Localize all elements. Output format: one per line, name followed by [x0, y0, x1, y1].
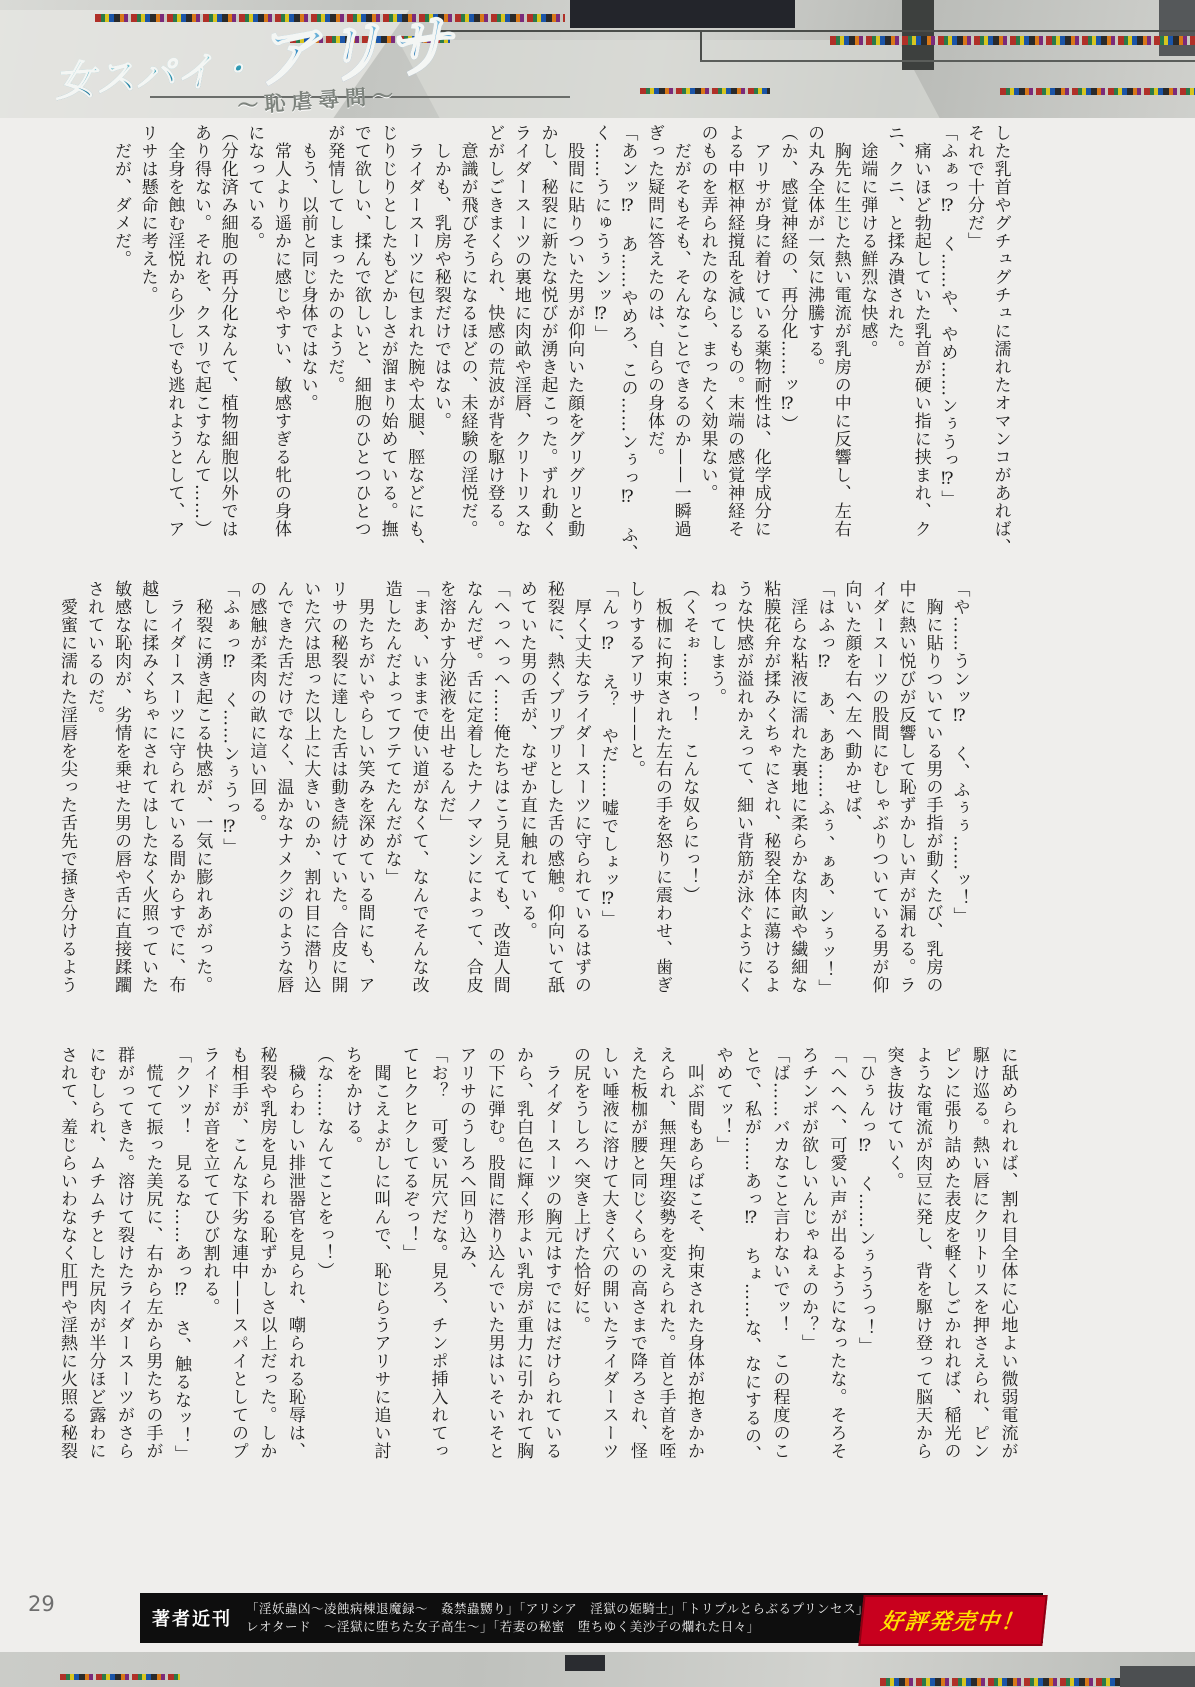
text-column: 「あンッ⁉ あ……やめろ、この……ンぅっ⁉ ふ、	[618, 124, 635, 576]
text-column: 敏感な恥肉が、劣情を乗せた男の唇や舌に直接蹂躙	[112, 580, 129, 1038]
text-column: 越しに揉みくちゃにされてはしたなく火照っていた	[139, 580, 156, 1038]
text-column: とで、私が……あっ⁉ ちょ……な、なにするの、	[742, 1046, 759, 1510]
text-column: あり得ない。それを、クスリで起こすなんて……）	[192, 124, 209, 576]
text-column: だがそもそも、そんなことできるのか——一瞬過	[672, 124, 689, 576]
text-block-top: した乳首やグチュグチュに濡れたオマンコがあれば、それで十分だ」「ふぁっ⁉ く………	[112, 124, 1009, 576]
text-column: 粘膜花弁が揉みくちゃにされ、秘裂全体に蕩けるよ	[761, 580, 778, 1038]
text-column: ライダースーツの胸元はすでにはだけられている	[543, 1046, 560, 1510]
text-column: 痛いほど勃起していた乳首が硬い指に挟まれ、ク	[912, 124, 929, 576]
text-column: 聞こえよがしに叫んで、恥じらうアリサに追い討	[372, 1046, 389, 1510]
text-block-bottom: に舐められれば、割れ目全体に心地よい微弱電流が駆け巡る。熱い唇にクリトリスを押さ…	[58, 1046, 1016, 1510]
text-column: それで十分だ」	[965, 124, 982, 576]
text-column: しりするアリサ——と。	[626, 580, 643, 1038]
text-block-middle: 「や……うンッ⁉ く、ふぅぅ……ッ！」 胸に貼りついている男の手指が動くたび、乳…	[58, 580, 968, 1038]
text-column: 「まあ、いままで使い道がなくて、なんでそんな改	[410, 580, 427, 1038]
text-column: 意識が飛びそうになるほどの、未経験の淫悦だ。	[459, 124, 476, 576]
text-column: 駆け巡る。熱い唇にクリトリスを押さえられ、ピン	[970, 1046, 987, 1510]
text-column: ねってしまう。	[707, 580, 724, 1038]
header-circuit-line	[440, 30, 1195, 32]
text-column: の感触が柔肉の畝に這い回る。	[247, 580, 264, 1038]
footer-bar: 著者近刊 「淫妖蟲凶〜凌蝕病棟退魔録〜 姦禁蟲嬲り」「アリシア 淫獄の姫騎士」「…	[140, 1593, 1043, 1643]
text-column: てヒクヒクしてるぞっ！」	[400, 1046, 417, 1510]
text-column: かし、秘裂に新たな悦びが湧き起こった。ずれ動く	[539, 124, 556, 576]
text-column: めていた男の舌が、なぜか直に触れている。	[518, 580, 535, 1038]
text-column: 「ふぁっ⁉ く……や、やめ……ンぅうっ⁉」	[938, 124, 955, 576]
glitch-pixel-strip	[640, 88, 770, 94]
text-column: 胸先に生じた熱い電流が乳房の中に反響し、左右	[832, 124, 849, 576]
text-column: んできた舌だけでなく、温かなナメクジのような唇	[274, 580, 291, 1038]
text-column: 群がってきた。溶けて裂けたライダースーツがさら	[115, 1046, 132, 1510]
text-column: うな快感が溢れかえって、細い背筋が泳ぐようにく	[734, 580, 751, 1038]
text-column: 叫ぶ間もあらばこそ、拘束された身体が抱きかか	[685, 1046, 702, 1510]
text-column: なんだぜ。舌に定着したナノマシンによって、合皮	[464, 580, 481, 1038]
text-column: リサは懸命に考えた。	[139, 124, 156, 576]
text-column: （な……なんてことをっ！）	[315, 1046, 332, 1510]
text-column: も相手が、こんな下劣な連中——スパイとしてのプ	[229, 1046, 246, 1510]
bottom-decoration-band	[0, 1652, 1195, 1687]
text-column: されているのだ。	[85, 580, 102, 1038]
text-column: 「や……うンッ⁉ く、ふぅぅ……ッ！」	[951, 580, 968, 1038]
text-column: アリサのうしろへ回り込み、	[457, 1046, 474, 1510]
text-column: 秘裂や乳房を見られる恥ずかしさ以上だった。しか	[258, 1046, 275, 1510]
text-column: ライダースーツの裏地に肉畝や淫唇、クリトリスな	[512, 124, 529, 576]
text-column: 「ば……バカなこと言わないでッ！ この程度のこ	[771, 1046, 788, 1510]
text-column: 板枷に拘束された左右の手を怒りに震わせ、歯ぎ	[653, 580, 670, 1038]
header-dark-block	[570, 0, 795, 28]
glitch-pixel-strip	[1000, 88, 1195, 95]
text-column: （分化済み細胞の再分化なんて、植物細胞以外では	[219, 124, 236, 576]
text-column: 男たちがいやらしい笑みを深めている間にも、ア	[356, 580, 373, 1038]
text-column: ライドが音を立ててひび割れる。	[201, 1046, 218, 1510]
text-column: ちをかける。	[343, 1046, 360, 1510]
text-column: が発情してしまったかのようだ。	[325, 124, 342, 576]
text-column: えられ、無理矢理姿勢を変えられた。首と手首を咥	[657, 1046, 674, 1510]
text-column: のものを弄られたのなら、まったく効果ない。	[698, 124, 715, 576]
header-edge-block	[1159, 0, 1195, 56]
text-column: の尻をうしろへ突き上げた恰好に。	[571, 1046, 588, 1510]
text-column: じりじりとしたもどかしさが溜まり始めている。撫	[379, 124, 396, 576]
text-column: しかも、乳房や秘裂だけではない。	[432, 124, 449, 576]
text-column: ライダースーツに守られている間からすでに、布	[166, 580, 183, 1038]
glitch-pixel-strip	[60, 1674, 180, 1680]
text-column: リサの秘裂に達した舌は動き続けていた。合皮に開	[328, 580, 345, 1038]
text-column: 股間に貼りついた男が仰向いた顔をグリグリと動	[565, 124, 582, 576]
text-column: 愛蜜に濡れた淫唇を尖った舌先で掻き分けるよう	[58, 580, 75, 1038]
text-column: から、乳白色に輝く形よい乳房が重力に引かれて胸	[514, 1046, 531, 1510]
text-column: 全身を蝕む淫悦から少しでも逃れようとして、ア	[165, 124, 182, 576]
header-circuit-line	[700, 30, 702, 60]
text-column: 秘裂に、熱くプリプリとした舌の感触。仰向いて舐	[545, 580, 562, 1038]
text-column: よる中枢神経撹乱を減じるもの。末端の感覚神経そ	[725, 124, 742, 576]
footer-author-books-label: 著者近刊	[140, 1605, 246, 1631]
text-column: 「お？ 可愛い尻穴だな。見ろ、チンポ挿入れてっ	[429, 1046, 446, 1510]
text-column: 慌てて振った美尻に、右から左から男たちの手が	[144, 1046, 161, 1510]
text-column: 造したんだよってフテてたんだがな」	[383, 580, 400, 1038]
text-column: ろチンポが欲しいんじゃねぇのか？」	[799, 1046, 816, 1510]
text-column: 「はふっ⁉ あ、ああ……ふぅ、ぁあ、ンぅッ！」	[815, 580, 832, 1038]
text-column: にむしられ、ムチムチとした尻肉が半分ほど露わに	[87, 1046, 104, 1510]
text-column: になっている。	[245, 124, 262, 576]
text-column: 厚く丈夫なライダースーツに守られているはずの	[572, 580, 589, 1038]
bottom-edge-block	[1120, 1666, 1195, 1687]
header-wedge-decoration	[398, 40, 962, 118]
text-column: を溶かす分泌液を出せるんだ」	[437, 580, 454, 1038]
text-column: に舐められれば、割れ目全体に心地よい微弱電流が	[999, 1046, 1016, 1510]
text-column: 「ふぁっ⁉ く……ンぅうっ⁉」	[220, 580, 237, 1038]
text-column: （か、感覚神経の、再分化……ッ⁉）	[778, 124, 795, 576]
text-column: ような電流が肉豆に発し、背を駆け登って脳天から	[913, 1046, 930, 1510]
text-column: だが、ダメだ。	[112, 124, 129, 576]
text-column: ニ、クニ、と揉み潰された。	[885, 124, 902, 576]
text-column: 胸に貼りついている男の手指が動くたび、乳房の	[924, 580, 941, 1038]
text-column: した乳首やグチュグチュに濡れたオマンコがあれば、	[992, 124, 1009, 576]
text-column: されて、羞じらいわななく肛門や淫熱に火照る秘裂	[58, 1046, 75, 1510]
text-column: （くそぉ……っ！ こんな奴らにっ！）	[680, 580, 697, 1038]
text-column: 常人より遥かに感じやすい、敏感すぎる牝の身体	[272, 124, 289, 576]
logo-title-prefix: 女スパイ・	[54, 45, 257, 106]
text-column: 淫らな粘液に濡れた裏地に柔らかな肉畝や繊細な	[788, 580, 805, 1038]
text-column: イダースーツの股間にむしゃぶりついている男が仰	[869, 580, 886, 1038]
text-column: やめてッ！」	[714, 1046, 731, 1510]
text-column: ぎった疑問に答えたのは、自らの身体だ。	[645, 124, 662, 576]
text-column: アリサが身に着けている薬物耐性は、化学成分に	[752, 124, 769, 576]
text-column: えた板枷が腰と同じくらいの高さまで降ろされ、怪	[628, 1046, 645, 1510]
text-column: もう、以前と同じ身体ではない。	[299, 124, 316, 576]
bottom-dark-block	[565, 1655, 605, 1671]
text-column: ライダースーツに包まれた腕や太腿、脛などにも、	[405, 124, 422, 576]
text-column: でて欲しい、揉んで欲しいと、細胞のひとつひとつ	[352, 124, 369, 576]
text-column: 「クソッ！ 見るな……あっ⁉ さ、触るなッ！」	[172, 1046, 189, 1510]
text-column: 「へへへ、可愛い声が出るようになったな。そろそ	[828, 1046, 845, 1510]
text-column: 「へっへっへ……俺たちはこう見えても、改造人間	[491, 580, 508, 1038]
text-column: 中に熱い悦びが反響して恥ずかしい声が漏れる。ラ	[896, 580, 913, 1038]
page-number: 29	[28, 1592, 55, 1616]
text-column: く……うにゅうぅンッ⁉」	[592, 124, 609, 576]
text-column: いた穴は思った以上に大きいのか、割れ目に潜り込	[301, 580, 318, 1038]
header-circuit-line	[700, 60, 1195, 62]
text-column: 突き抜けていく。	[885, 1046, 902, 1510]
text-column: 「んっ⁉ え？ やだ……嘘でしょッ⁉」	[599, 580, 616, 1038]
text-column: 「ひぅんっ⁉ く……ンぅううっ！」	[856, 1046, 873, 1510]
text-column: の丸み全体が一気に沸騰する。	[805, 124, 822, 576]
glitch-pixel-strip	[830, 36, 1195, 45]
text-column: 穢らわしい排泄器官を見られ、嘲られる恥辱は、	[286, 1046, 303, 1510]
text-column: 途端に弾ける鮮烈な快感。	[858, 124, 875, 576]
text-column: どがしごきまくられ、快感の荒波が背を駆け登る。	[485, 124, 502, 576]
text-column: 向いた顔を右へ左へ動かせば、	[842, 580, 859, 1038]
text-column: しい唾液に溶けて大きく穴の開いたライダースーツ	[600, 1046, 617, 1510]
text-column: の下に弾む。股間に潜り込んでいた男はいそいそと	[486, 1046, 503, 1510]
text-column: 秘裂に湧き起こる快感が、一気に膨れあがった。	[193, 580, 210, 1038]
on-sale-badge: 好評発売中！	[858, 1595, 1047, 1646]
text-column: ピンに張り詰めた表皮を軽くしごかれれば、稲光の	[942, 1046, 959, 1510]
